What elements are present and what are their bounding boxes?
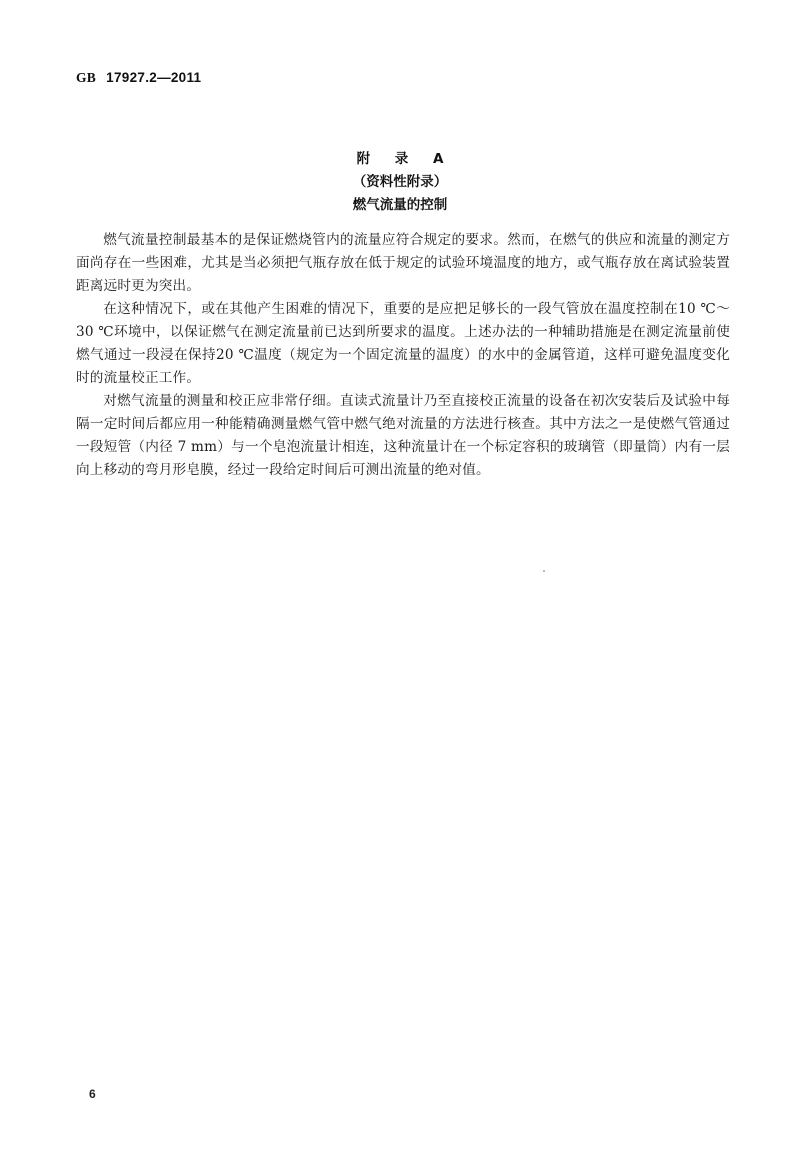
standard-code: GB 17927.2—2011: [76, 70, 201, 86]
standard-prefix: GB: [76, 70, 96, 85]
page-number: 6: [89, 1087, 96, 1101]
standard-number: 17927.2—2011: [106, 70, 201, 85]
paragraph-1: 燃气流量控制最基本的是保证燃烧管内的流量应符合规定的要求。然而，在燃气的供应和流…: [76, 229, 730, 298]
annex-title: 附 录 A: [0, 148, 800, 171]
annex-heading: 燃气流量的控制: [0, 194, 800, 217]
document-body: 燃气流量控制最基本的是保证燃烧管内的流量应符合规定的要求。然而，在燃气的供应和流…: [76, 229, 730, 482]
annex-heading-block: 附 录 A （资料性附录） 燃气流量的控制: [0, 148, 800, 217]
scan-artifact: [543, 570, 545, 572]
paragraph-3: 对燃气流量的测量和校正应非常仔细。直读式流量计乃至直接校正流量的设备在初次安装后…: [76, 390, 730, 482]
annex-type: （资料性附录）: [0, 171, 800, 194]
paragraph-2: 在这种情况下，或在其他产生困难的情况下，重要的是应把足够长的一段气管放在温度控制…: [76, 298, 730, 390]
